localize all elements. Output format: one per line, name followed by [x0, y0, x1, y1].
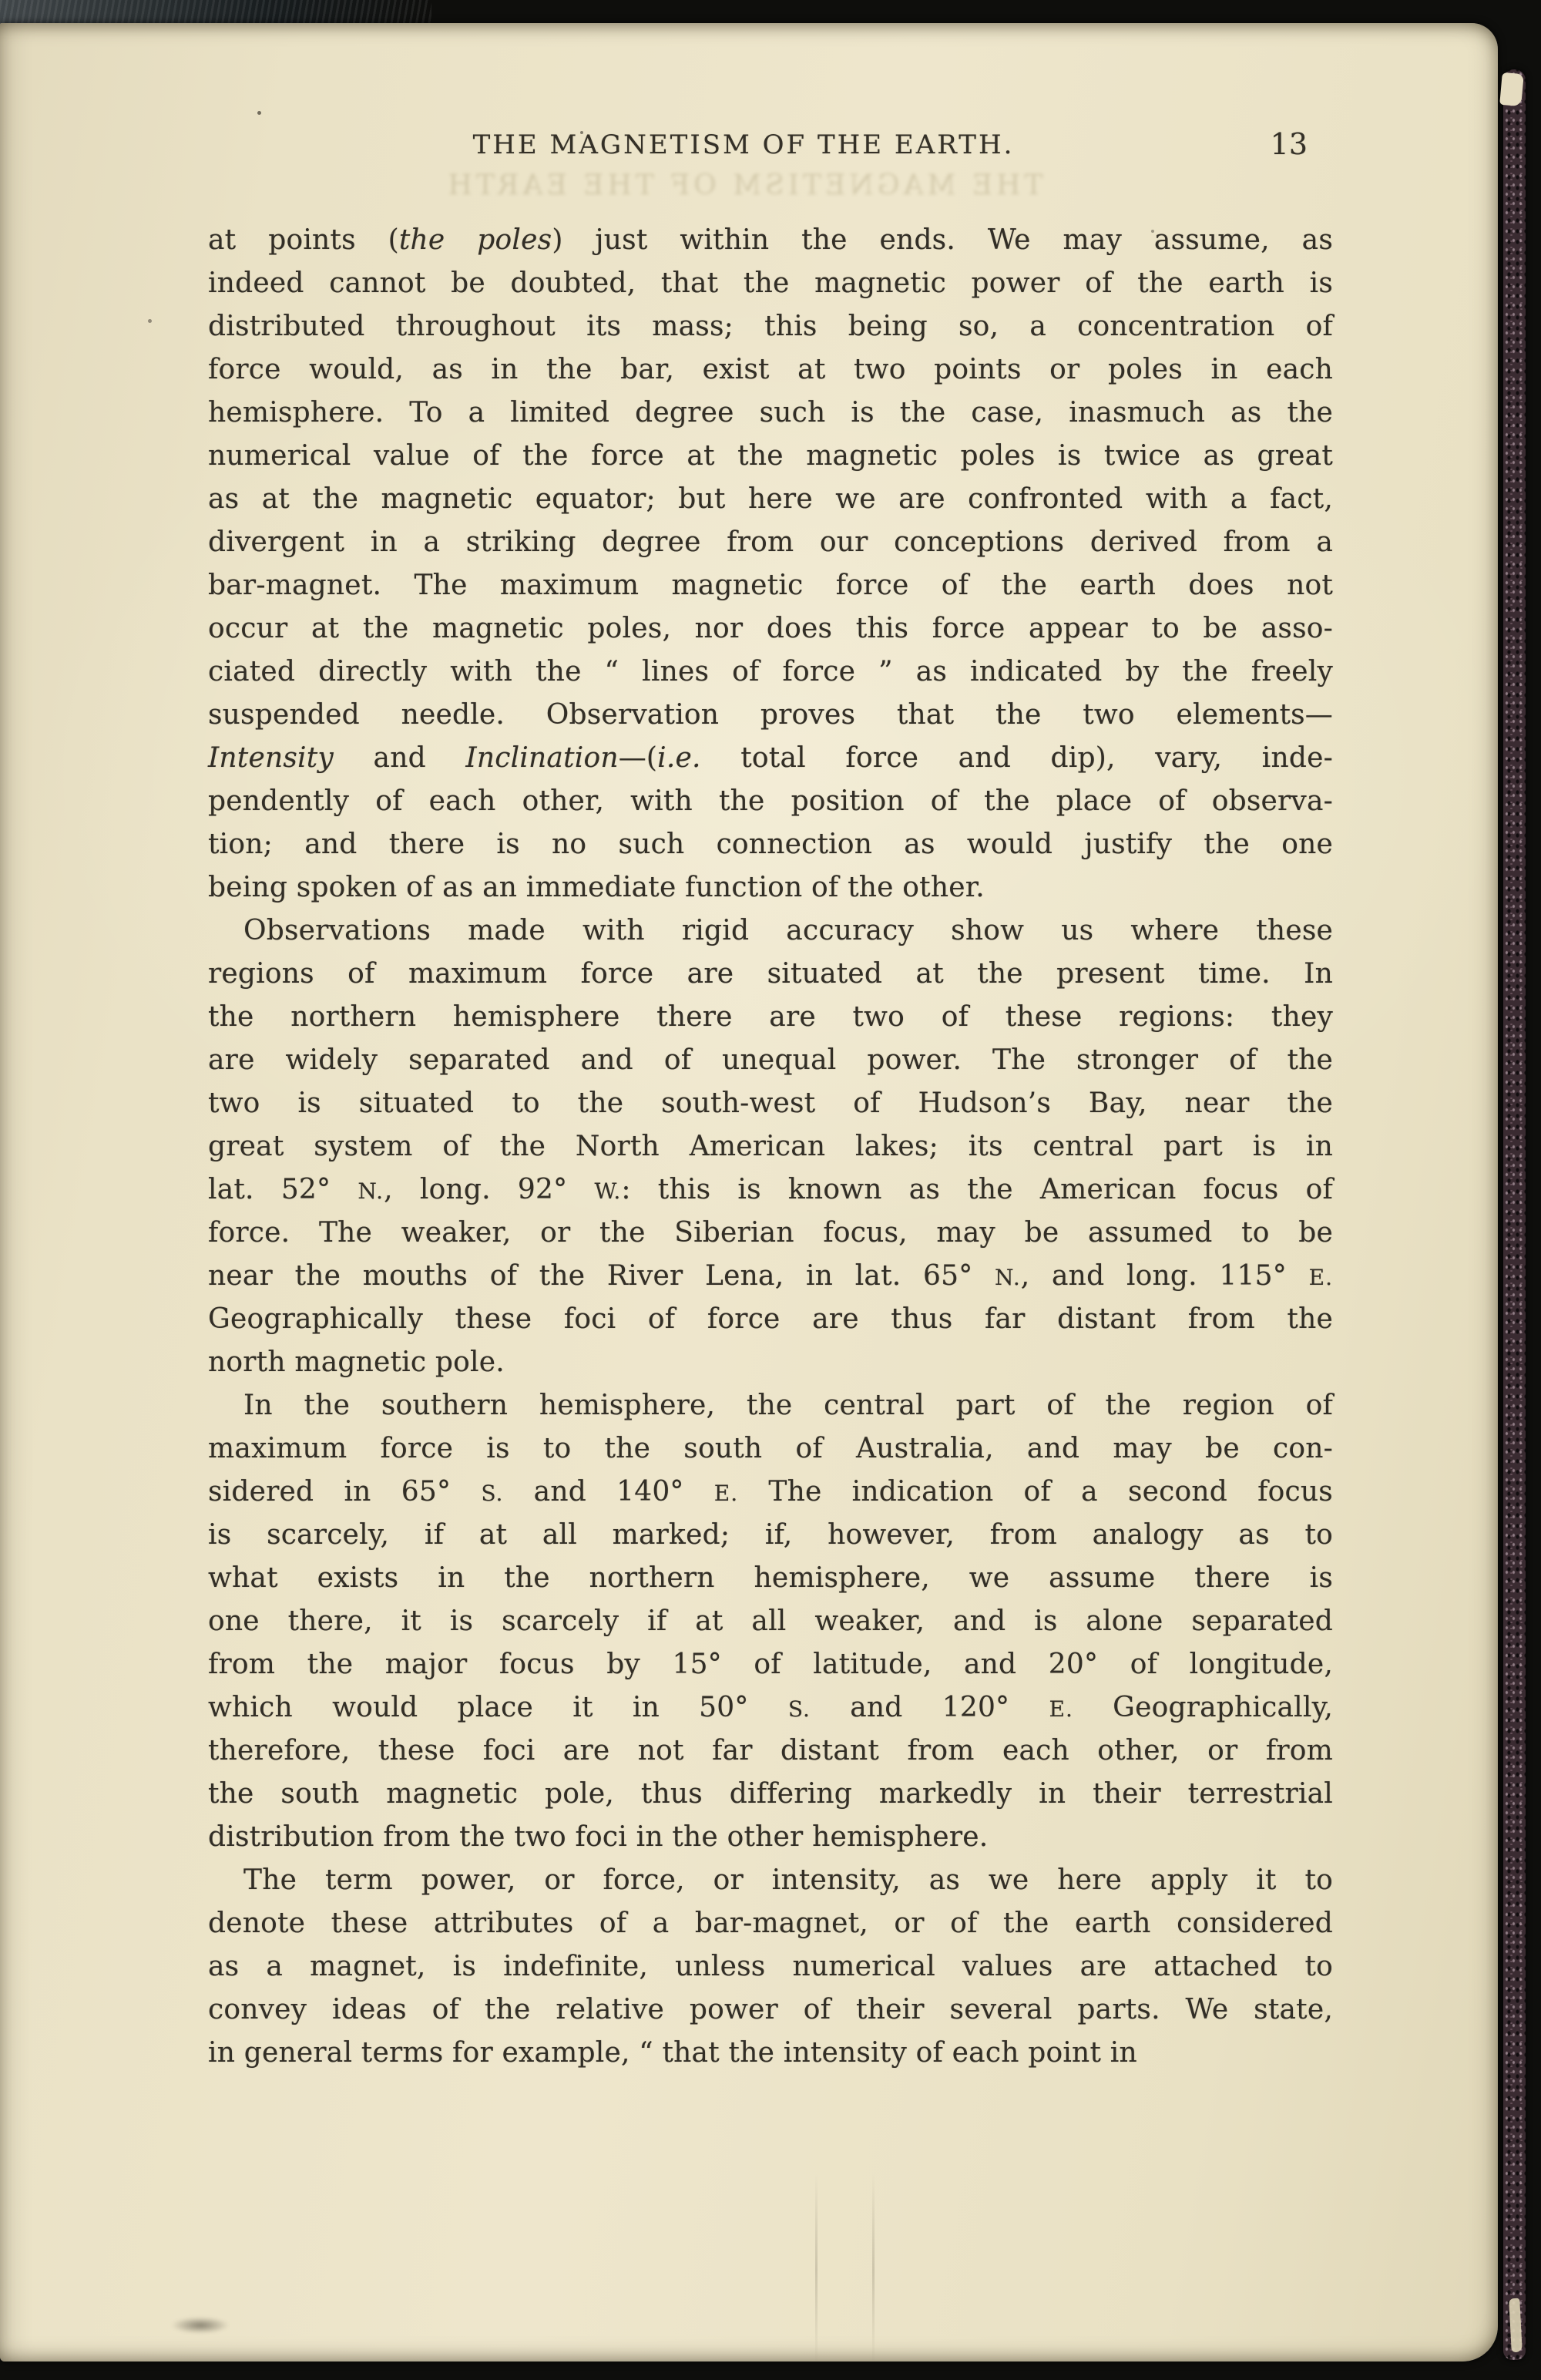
text-line: distributed throughout its mass; this be… [208, 305, 1333, 348]
book-cover-edge-top [0, 0, 431, 26]
text-line: numerical value of the force at the magn… [208, 435, 1333, 478]
text-line: therefore, these foci are not far distan… [208, 1730, 1333, 1773]
paper-speck [257, 111, 261, 115]
text-line: as at the magnetic equator; but here we … [208, 478, 1333, 521]
text-line: in general terms for example, “ that the… [208, 2032, 1333, 2075]
text-line: Intensity and Inclination—(i.e. total fo… [208, 737, 1333, 780]
text-line: distribution from the two foci in the ot… [208, 1816, 1333, 1859]
text-line: near the mouths of the River Lena, in la… [208, 1255, 1333, 1298]
book-page: THE MAGNETISM OF THE EARTH THE MAGNETISM… [0, 23, 1498, 2362]
text-line: from the major focus by 15° of latitude,… [208, 1643, 1333, 1686]
scan-streak [815, 2173, 818, 2366]
text-line: one there, it is scarcely if at all weak… [208, 1600, 1333, 1643]
text-line: tion; and there is no such connection as… [208, 823, 1333, 866]
show-through-ghost-text: THE MAGNETISM OF THE EARTH [208, 170, 1279, 201]
page-header-title: THE MAGNETISM OF THE EARTH. [208, 129, 1279, 160]
text-line: The term power, or force, or intensity, … [208, 1859, 1333, 1902]
paper-speck [148, 319, 152, 323]
text-line: occur at the magnetic poles, nor does th… [208, 607, 1333, 650]
text-line: north magnetic pole. [208, 1341, 1333, 1384]
text-line: regions of maximum force are situated at… [208, 953, 1333, 996]
text-line: pendently of each other, with the positi… [208, 780, 1333, 823]
paper-speck [1151, 230, 1154, 233]
text-line: which would place it in 50° S. and 120° … [208, 1686, 1333, 1730]
running-header: THE MAGNETISM OF THE EARTH. 13 [208, 129, 1279, 168]
scan-background: THE MAGNETISM OF THE EARTH THE MAGNETISM… [0, 0, 1541, 2380]
text-line: being spoken of as an immediate function… [208, 866, 1333, 909]
text-line: the northern hemisphere there are two of… [208, 996, 1333, 1039]
page-number: 13 [1271, 127, 1308, 161]
text-line: sidered in 65° S. and 140° E. The indica… [208, 1471, 1333, 1514]
text-line: the south magnetic pole, thus differing … [208, 1773, 1333, 1816]
text-line: convey ideas of the relative power of th… [208, 1988, 1333, 2032]
text-line: at points (the poles) just within the en… [208, 219, 1333, 262]
text-line: ciated directly with the “ lines of forc… [208, 650, 1333, 694]
text-line: two is situated to the south-west of Hud… [208, 1082, 1333, 1125]
text-line: great system of the North American lakes… [208, 1125, 1333, 1168]
paper-chip [1509, 2298, 1523, 2353]
paper-speck [580, 131, 583, 134]
text-line: Geographically these foci of force are t… [208, 1298, 1333, 1341]
text-line: In the southern hemisphere, the central … [208, 1384, 1333, 1427]
text-line: denote these attributes of a bar-magnet,… [208, 1902, 1333, 1945]
text-line: indeed cannot be doubted, that the magne… [208, 262, 1333, 305]
text-line: divergent in a striking degree from our … [208, 521, 1333, 564]
scan-streak [872, 2173, 875, 2366]
text-line: suspended needle. Observation proves tha… [208, 694, 1333, 737]
paper-chip [1499, 72, 1524, 106]
text-line: force would, as in the bar, exist at two… [208, 348, 1333, 392]
text-line: maximum force is to the south of Austral… [208, 1427, 1333, 1471]
text-line: what exists in the northern hemisphere, … [208, 1557, 1333, 1600]
text-line: hemisphere. To a limited degree such is … [208, 392, 1333, 435]
text-line: are widely separated and of unequal powe… [208, 1039, 1333, 1082]
text-line: force. The weaker, or the Siberian focus… [208, 1212, 1333, 1255]
body-text: at points (the poles) just within the en… [208, 219, 1333, 2075]
text-line: lat. 52° N., long. 92° W.: this is known… [208, 1168, 1333, 1212]
paper-smudge [171, 2317, 230, 2334]
text-line: as a magnet, is indefinite, unless numer… [208, 1945, 1333, 1988]
book-binding-edge [1503, 69, 1526, 2360]
text-line: bar-magnet. The maximum magnetic force o… [208, 564, 1333, 607]
text-line: is scarcely, if at all marked; if, howev… [208, 1514, 1333, 1557]
text-line: Observations made with rigid accuracy sh… [208, 909, 1333, 953]
